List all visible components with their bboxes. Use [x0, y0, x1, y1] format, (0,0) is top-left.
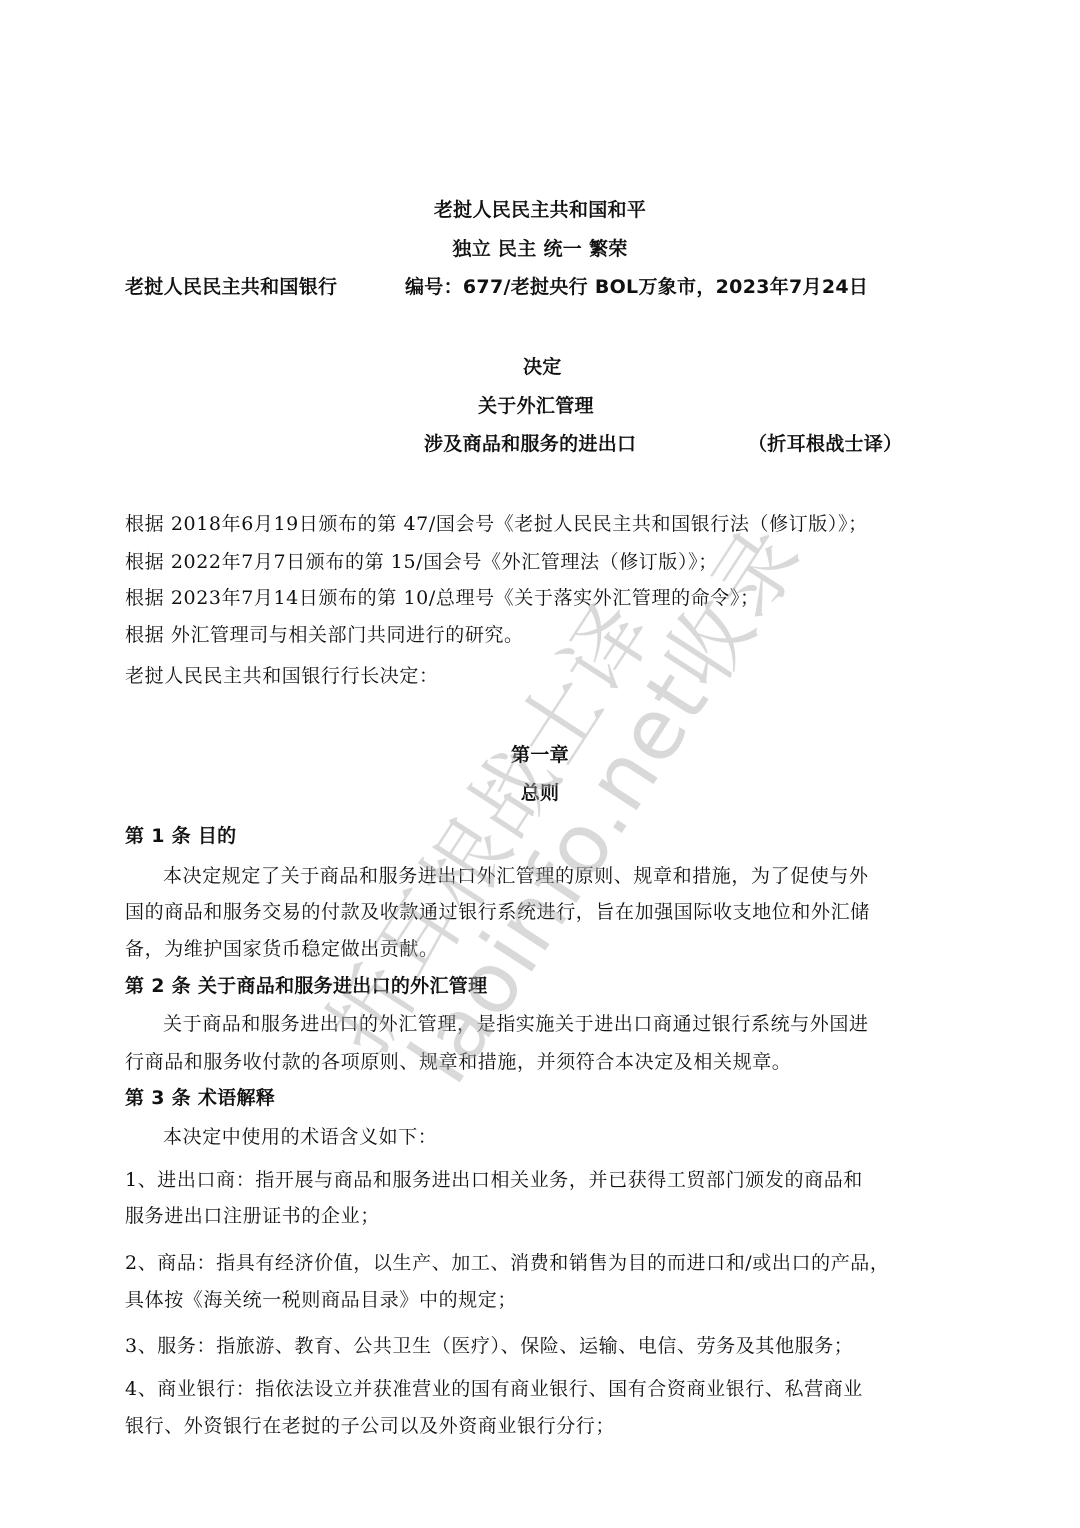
preamble-line: 根据 2023年7月14日颁布的第 10/总理号《关于落实外汇管理的命令》；	[125, 586, 760, 610]
definition-line: 4、商业银行：指依法设立并获准营业的国有商业银行、国有合资商业银行、私营商业	[125, 1377, 863, 1401]
country-line: 老挝人民民主共和国和平	[0, 198, 1080, 222]
preamble-line: 根据 2022年7月7日颁布的第 15/国会号《外汇管理法（修订版）》；	[125, 550, 718, 574]
definition-line: 银行、外资银行在老挝的子公司以及外资商业银行分行；	[125, 1414, 615, 1438]
document-reference: 编号：677/老挝央行 BOL万象市，2023年7月24日	[405, 275, 868, 299]
definition-line: 服务进出口注册证书的企业；	[125, 1204, 380, 1228]
chapter-title: 总则	[0, 781, 1080, 805]
article-text-line: 本决定规定了关于商品和服务进出口外汇管理的原则、规章和措施，为了促使与外	[163, 864, 869, 888]
article-text-line: 行商品和服务收付款的各项原则、规章和措施，并须符合本决定及相关规章。	[125, 1050, 791, 1074]
definition-line: 1、进出口商：指开展与商品和服务进出口相关业务，并已获得工贸部门颁发的商品和	[125, 1168, 863, 1192]
chapter-number: 第一章	[0, 743, 1080, 767]
translator-note: （折耳根战士译）	[748, 432, 902, 456]
article-heading: 第 1 条 目的	[125, 824, 236, 848]
article-text-line: 关于商品和服务进出口的外汇管理，是指实施关于进出口商通过银行系统与外国进	[163, 1012, 869, 1036]
document-type: 决定	[523, 355, 562, 379]
preamble-line: 根据 2018年6月19日颁布的第 47/国会号《老挝人民民主共和国银行法（修订…	[125, 512, 868, 536]
definition-line: 具体按《海关统一税则商品目录》中的规定；	[125, 1288, 517, 1312]
article-text-line: 国的商品和服务交易的付款及收款通过银行系统进行，旨在加强国际收支地位和外汇储	[125, 900, 870, 924]
issuer-name: 老挝人民民主共和国银行	[125, 275, 337, 299]
title-subject-line2: 涉及商品和服务的进出口	[424, 432, 636, 456]
title-subject-line1: 关于外汇管理	[478, 394, 594, 418]
definition-line: 2、商品：指具有经济价值，以生产、加工、消费和销售为目的而进口和/或出口的产品，	[125, 1251, 890, 1275]
article-heading: 第 2 条 关于商品和服务进出口的外汇管理	[125, 974, 487, 998]
article-heading: 第 3 条 术语解释	[125, 1086, 275, 1110]
definition-line: 3、服务：指旅游、教育、公共卫生（医疗）、保险、运输、电信、劳务及其他服务；	[125, 1334, 853, 1358]
preamble-line: 根据 外汇管理司与相关部门共同进行的研究。	[125, 623, 524, 647]
preamble-decision-line: 老挝人民民主共和国银行行长决定：	[125, 664, 439, 688]
article-intro: 本决定中使用的术语含义如下：	[163, 1125, 437, 1149]
national-motto: 独立 民主 统一 繁荣	[0, 237, 1080, 261]
article-text-line: 备，为维护国家货币稳定做出贡献。	[125, 937, 439, 961]
